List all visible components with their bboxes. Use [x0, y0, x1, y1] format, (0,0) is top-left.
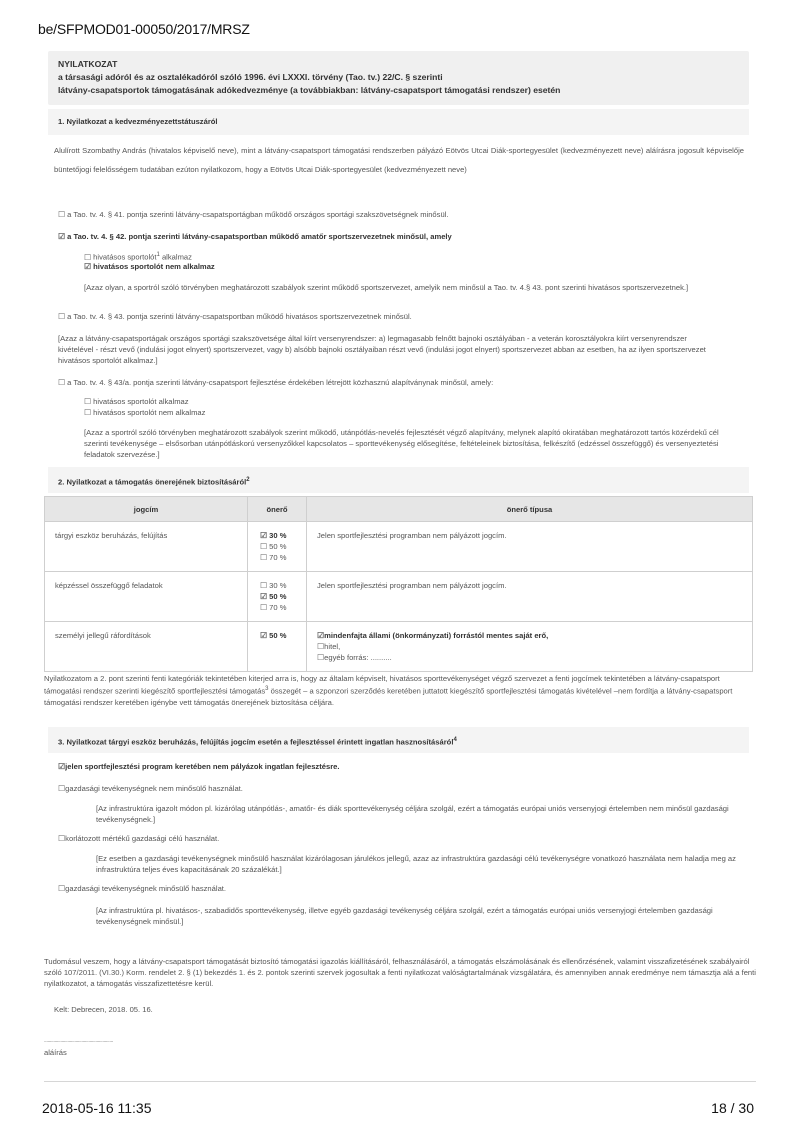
onero-option[interactable]: ☐70 % — [260, 602, 296, 613]
sub-option-label: hivatásos sportolót alkalmaz — [93, 397, 188, 406]
onero-option-label: 70 % — [269, 603, 286, 612]
property-option-label: jelen sportfejlesztési program keretében… — [65, 762, 339, 771]
onero-cell: ☑30 % ☐50 % ☐70 % — [248, 522, 307, 572]
option-42[interactable]: ☑a Tao. tv. 4. § 42. pontja szerinti lát… — [58, 231, 452, 242]
source-option-other[interactable]: ☐egyéb forrás: .......... — [317, 652, 742, 663]
source-option-own-funds[interactable]: ☑mindenfajta állami (önkormányzati) forr… — [317, 630, 742, 641]
option-43a-note: [Azaz a sportról szóló törvényben meghat… — [84, 427, 744, 460]
checkbox-checked-icon[interactable]: ☑ — [260, 592, 267, 601]
sub-option-label: hivatásos sportolót nem alkalmaz — [93, 262, 215, 271]
footnote-ref: 2 — [246, 477, 249, 483]
property-option-label: korlátozott mértékű gazdasági célú haszn… — [65, 834, 219, 843]
source-option-label: hitel, — [324, 642, 340, 651]
option-43a[interactable]: ☐a Tao. tv. 4. § 43/a. pontja szerinti l… — [58, 377, 493, 388]
onero-tipus-cell: ☑mindenfajta állami (önkormányzati) forr… — [307, 622, 753, 672]
onero-option-label: 50 % — [269, 542, 286, 551]
property-option-non-economic[interactable]: ☐gazdasági tevékenységnek nem minősülő h… — [58, 783, 243, 794]
section-2-heading-text: 2. Nyilatkozat a támogatás önerejének bi… — [58, 478, 246, 487]
checkbox-checked-icon[interactable]: ☑ — [58, 232, 65, 241]
onero-cell: ☑50 % — [248, 622, 307, 672]
title-heading: NYILATKOZAT — [58, 58, 739, 71]
table-row: tárgyi eszköz beruházás, felújítás ☑30 %… — [45, 522, 753, 572]
jogcim-cell: személyi jellegű ráfordítások — [45, 622, 248, 672]
property-option-label: gazdasági tevékenységnek nem minősülő ha… — [65, 784, 243, 793]
signature-line: ........................................… — [44, 1036, 113, 1047]
section-2-statement: Nyilatkozatom a 2. pont szerinti fenti k… — [44, 673, 756, 708]
column-header-onero-tipusa: önerő típusa — [307, 497, 753, 522]
checkbox-unchecked-icon[interactable]: ☐ — [260, 542, 267, 551]
checkbox-unchecked-icon[interactable]: ☐ — [260, 581, 267, 590]
onero-cell: ☐30 % ☑50 % ☐70 % — [248, 572, 307, 622]
jogcim-cell: képzéssel összefüggő feladatok — [45, 572, 248, 622]
checkbox-unchecked-icon[interactable]: ☐ — [58, 210, 65, 219]
onero-option-label: 30 % — [269, 581, 286, 590]
signature-label: aláírás — [44, 1047, 67, 1058]
title-box: NYILATKOZAT a társasági adóról és az osz… — [48, 51, 749, 105]
section-3-heading: 3. Nyilatkozat tárgyi eszköz beruházás, … — [48, 727, 749, 753]
onero-tipus-cell: Jelen sportfejlesztési programban nem pá… — [307, 522, 753, 572]
onero-option-label: 50 % — [269, 631, 286, 640]
date-line: Kelt: Debrecen, 2018. 05. 16. — [54, 1004, 153, 1015]
property-option-economic-note: [Az infrastruktúra pl. hivatásos-, szaba… — [96, 905, 736, 927]
onero-option[interactable]: ☐30 % — [260, 580, 296, 591]
onero-option[interactable]: ☐50 % — [260, 541, 296, 552]
checkbox-unchecked-icon[interactable]: ☐ — [260, 553, 267, 562]
checkbox-checked-icon[interactable]: ☑ — [260, 631, 267, 640]
property-option-label: gazdasági tevékenységnek minősülő haszná… — [65, 884, 226, 893]
sub-option-43a-not-employed[interactable]: ☐hivatásos sportolót nem alkalmaz — [84, 407, 205, 418]
option-43-label: a Tao. tv. 4. § 43. pontja szerinti látv… — [67, 312, 412, 321]
checkbox-unchecked-icon[interactable]: ☐ — [58, 312, 65, 321]
property-option-non-economic-note: [Az infrastruktúra igazolt módon pl. kiz… — [96, 803, 736, 825]
property-option-economic[interactable]: ☐gazdasági tevékenységnek minősülő haszn… — [58, 883, 226, 894]
sub-option-43a-employed[interactable]: ☐hivatásos sportolót alkalmaz — [84, 396, 189, 407]
section-1-intro: Alulírott Szombathy András (hivatalos ké… — [54, 142, 744, 179]
document-id: be/SFPMOD01-00050/2017/MRSZ — [38, 21, 250, 37]
checkbox-checked-icon[interactable]: ☑ — [260, 531, 267, 540]
column-header-onero: önerő — [248, 497, 307, 522]
source-option-loan[interactable]: ☐hitel, — [317, 641, 742, 652]
section-1-heading: 1. Nyilatkozat a kedvezményezettstátuszá… — [48, 109, 749, 135]
self-contribution-table: jogcím önerő önerő típusa tárgyi eszköz … — [44, 496, 753, 672]
option-43-note: [Azaz a látvány-csapatsportágak országos… — [58, 333, 718, 366]
option-41[interactable]: ☐a Tao. tv. 4. § 41. pontja szerinti lát… — [58, 209, 448, 220]
onero-option[interactable]: ☑50 % — [260, 591, 296, 602]
footer-page-number: 18 / 30 — [711, 1100, 754, 1116]
section-3-heading-text: 3. Nyilatkozat tárgyi eszköz beruházás, … — [58, 738, 453, 747]
table-row: képzéssel összefüggő feladatok ☐30 % ☑50… — [45, 572, 753, 622]
footer-divider — [44, 1081, 756, 1082]
footer-timestamp: 2018-05-16 11:35 — [42, 1100, 152, 1116]
checkbox-unchecked-icon[interactable]: ☐ — [58, 378, 65, 387]
checkbox-unchecked-icon[interactable]: ☐ — [84, 408, 91, 417]
column-header-jogcim: jogcím — [45, 497, 248, 522]
sub-option-pro-athlete-not-employed[interactable]: ☑hivatásos sportolót nem alkalmaz — [84, 261, 215, 272]
jogcim-cell: tárgyi eszköz beruházás, felújítás — [45, 522, 248, 572]
footnote-ref: 4 — [453, 737, 456, 743]
property-option-limited-economic[interactable]: ☐korlátozott mértékű gazdasági célú hasz… — [58, 833, 219, 844]
option-42-note: [Azaz olyan, a sportról szóló törvényben… — [84, 282, 744, 293]
onero-option[interactable]: ☐70 % — [260, 552, 296, 563]
onero-option[interactable]: ☑50 % — [260, 630, 296, 641]
section-1-heading-text: 1. Nyilatkozat a kedvezményezettstátuszá… — [58, 117, 218, 126]
acknowledgement-text: Tudomásul veszem, hogy a látvány-csapats… — [44, 956, 756, 989]
onero-option[interactable]: ☑30 % — [260, 530, 296, 541]
source-option-label: mindenfajta állami (önkormányzati) forrá… — [324, 631, 548, 640]
onero-option-label: 50 % — [269, 592, 286, 601]
property-option-limited-economic-note: [Ez esetben a gazdasági tevékenységnek m… — [96, 853, 736, 875]
source-option-label: egyéb forrás: .......... — [324, 653, 392, 662]
table-row: személyi jellegű ráfordítások ☑50 % ☑min… — [45, 622, 753, 672]
option-43[interactable]: ☐a Tao. tv. 4. § 43. pontja szerinti lát… — [58, 311, 412, 322]
checkbox-checked-icon[interactable]: ☑ — [84, 262, 91, 271]
option-41-label: a Tao. tv. 4. § 41. pontja szerinti látv… — [67, 210, 448, 219]
section-2-heading: 2. Nyilatkozat a támogatás önerejének bi… — [48, 467, 749, 493]
checkbox-unchecked-icon[interactable]: ☐ — [84, 397, 91, 406]
title-line-2: a társasági adóról és az osztalékadóról … — [58, 71, 739, 84]
onero-tipus-cell: Jelen sportfejlesztési programban nem pá… — [307, 572, 753, 622]
onero-option-label: 70 % — [269, 553, 286, 562]
onero-option-label: 30 % — [269, 531, 286, 540]
option-43a-label: a Tao. tv. 4. § 43/a. pontja szerinti lá… — [67, 378, 493, 387]
sub-option-label: hivatásos sportolót nem alkalmaz — [93, 408, 205, 417]
title-line-3: látvány-csapatsportok támogatásának adók… — [58, 84, 739, 97]
option-42-label: a Tao. tv. 4. § 42. pontja szerinti látv… — [67, 232, 452, 241]
checkbox-unchecked-icon[interactable]: ☐ — [260, 603, 267, 612]
property-option-no-development[interactable]: ☑jelen sportfejlesztési program keretébe… — [58, 761, 340, 772]
